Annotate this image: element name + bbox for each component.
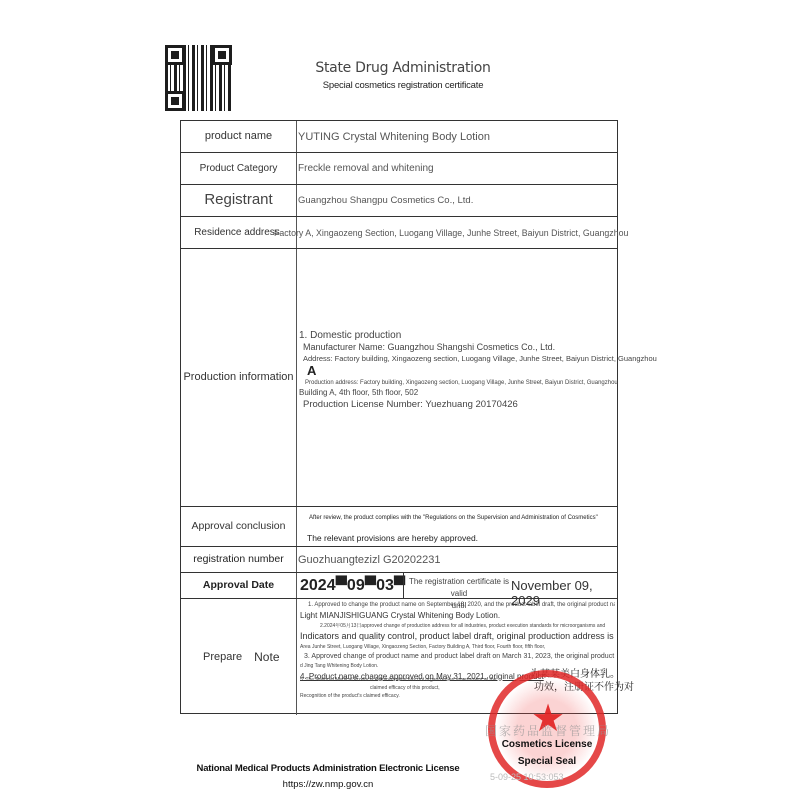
- approval-date-value: 2024▀09▀03▀: [300, 577, 405, 595]
- footer-url[interactable]: https://zw.nmp.gov.cn: [180, 779, 476, 790]
- certificate-table: product name YUTING Crystal Whitening Bo…: [180, 120, 618, 714]
- conclusion-approved: The relevant provisions are hereby appro…: [307, 533, 478, 543]
- product-name-value: YUTING Crystal Whitening Body Lotion: [298, 121, 613, 152]
- note-line: Area Junhe Street, Luogang Village, Xing…: [300, 644, 615, 652]
- note-line: Indicators and quality control, product …: [300, 630, 615, 644]
- production-label: Production information: [181, 249, 296, 506]
- prepare-label: Prepare: [203, 650, 242, 665]
- seal-inner-text: 国家药品监督管理局: [480, 722, 616, 739]
- note-line: 2.2024年05月13日approved change of producti…: [300, 623, 615, 631]
- production-info: 1. Domestic production Manufacturer Name…: [299, 329, 615, 411]
- page-title: State Drug Administration: [300, 60, 506, 76]
- row-category: Product Category Freckle removal and whi…: [181, 153, 617, 185]
- registration-label: registration number: [181, 547, 296, 572]
- notes-label: Prepare Note: [181, 599, 318, 715]
- registration-value: Guozhuangtezizl G20202231: [298, 547, 613, 572]
- footer-issuer: National Medical Products Administration…: [180, 763, 476, 774]
- product-name-label: product name: [181, 121, 296, 152]
- category-label: Product Category: [181, 153, 296, 184]
- registrant-value: Guangzhou Shangpu Cosmetics Co., Ltd.: [298, 185, 613, 216]
- qr-corner: [212, 45, 232, 65]
- production-license-number: Production License Number: Yuezhuang 201…: [299, 399, 615, 411]
- conclusion-text: After review, the product complies with …: [309, 515, 598, 521]
- approval-date-label: Approval Date: [181, 573, 296, 598]
- production-address-cont: Building A, 4th floor, 5th floor, 502: [299, 388, 615, 398]
- building-letter: A: [299, 363, 615, 380]
- row-approval: Approval Date 2024▀09▀03▀ The registrati…: [181, 573, 617, 599]
- residence-value: Factory A, Xingaozeng Section, Luogang V…: [274, 217, 613, 248]
- page-subtitle: Special cosmetics registration certifica…: [300, 80, 506, 91]
- production-type: 1. Domestic production: [299, 329, 615, 342]
- note-label: Note: [254, 649, 279, 665]
- note-line: 3. Approved change of product name and p…: [300, 652, 615, 663]
- qr-code: [165, 45, 232, 111]
- seal-label-2: Special Seal: [490, 756, 604, 767]
- note-line: Light MIANJISHIGUANG Crystal Whitening B…: [300, 610, 615, 622]
- seal-timestamp: 5-09-25 10:53:053: [490, 772, 620, 782]
- category-value: Freckle removal and whitening: [298, 153, 613, 184]
- manufacturer-address: Address: Factory building, Xingaozeng se…: [299, 354, 615, 364]
- note-line: 1. Approved to change the product name o…: [300, 601, 615, 610]
- valid-until-label: The registration certificate is valid un…: [403, 573, 514, 598]
- row-registrant: Registrant Guangzhou Shangpu Cosmetics C…: [181, 185, 617, 217]
- row-registration: registration number Guozhuangtezizl G202…: [181, 547, 617, 573]
- row-product-name: product name YUTING Crystal Whitening Bo…: [181, 121, 617, 153]
- valid-text: The registration certificate is valid: [404, 576, 514, 600]
- conclusion-label: Approval conclusion: [181, 507, 296, 546]
- registrant-label: Registrant: [181, 185, 296, 216]
- row-residence: Residence address Factory A, Xingaozeng …: [181, 217, 617, 249]
- row-production: Production information 1. Domestic produ…: [181, 249, 617, 507]
- manufacturer-name: Manufacturer Name: Guangzhou Shangshi Co…: [299, 342, 615, 354]
- seal-label: Cosmetics License: [490, 739, 604, 750]
- production-address: Production address: Factory building, Xi…: [299, 380, 615, 388]
- row-conclusion: Approval conclusion After review, the pr…: [181, 507, 617, 547]
